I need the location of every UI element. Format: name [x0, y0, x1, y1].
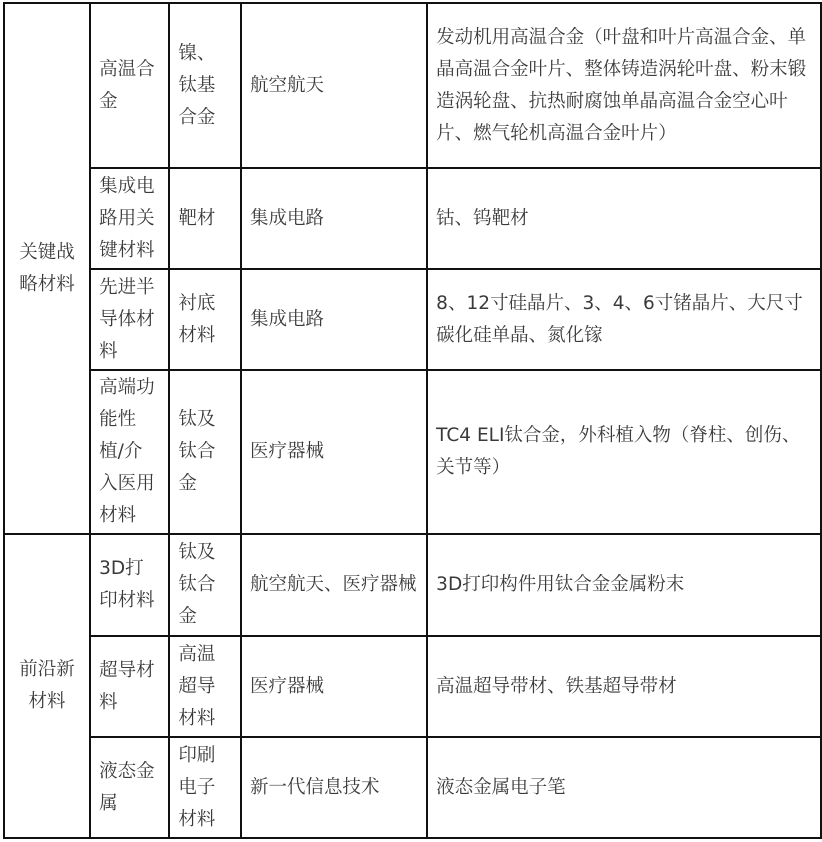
application-cell: 航空航天: [241, 3, 427, 168]
material-cell: 超导材料: [90, 636, 169, 737]
products-cell: 液态金属电子笔: [427, 737, 821, 838]
type-cell: 钛及钛合金: [169, 534, 241, 636]
application-cell: 新一代信息技术: [241, 737, 427, 838]
category-cell: 关键战略材料: [4, 3, 90, 534]
products-cell: TC4 ELI钛合金，外科植入物（脊柱、创伤、关节等）: [427, 370, 821, 534]
type-cell: 镍、钛基合金: [169, 3, 241, 168]
application-cell: 医疗器械: [241, 370, 427, 534]
table-row: 超导材料 高温超导材料 医疗器械 高温超导带材、铁基超导带材: [4, 636, 821, 737]
application-cell: 航空航天、医疗器械: [241, 534, 427, 636]
category-cell: 前沿新材料: [4, 534, 90, 838]
type-cell: 靶材: [169, 168, 241, 269]
table-row: 关键战略材料 高温合金 镍、钛基合金 航空航天 发动机用高温合金（叶盘和叶片高温…: [4, 3, 821, 168]
application-cell: 集成电路: [241, 269, 427, 370]
products-cell: 3D打印构件用钛合金金属粉末: [427, 534, 821, 636]
table-row: 先进半导体材料 衬底材料 集成电路 8、12寸硅晶片、3、4、6寸锗晶片、大尺寸…: [4, 269, 821, 370]
material-cell: 集成电路用关键材料: [90, 168, 169, 269]
material-cell: 高温合金: [90, 3, 169, 168]
products-cell: 钴、钨靶材: [427, 168, 821, 269]
table-row: 高端功能性植/介入医用材料 钛及钛合金 医疗器械 TC4 ELI钛合金，外科植入…: [4, 370, 821, 534]
material-cell: 高端功能性植/介入医用材料: [90, 370, 169, 534]
table-row: 液态金属 印刷电子材料 新一代信息技术 液态金属电子笔: [4, 737, 821, 838]
products-cell: 高温超导带材、铁基超导带材: [427, 636, 821, 737]
table-row: 前沿新材料 3D打印材料 钛及钛合金 航空航天、医疗器械 3D打印构件用钛合金金…: [4, 534, 821, 636]
products-cell: 8、12寸硅晶片、3、4、6寸锗晶片、大尺寸碳化硅单晶、氮化镓: [427, 269, 821, 370]
type-cell: 钛及钛合金: [169, 370, 241, 534]
type-cell: 高温超导材料: [169, 636, 241, 737]
material-cell: 先进半导体材料: [90, 269, 169, 370]
material-cell: 3D打印材料: [90, 534, 169, 636]
material-cell: 液态金属: [90, 737, 169, 838]
table-row: 集成电路用关键材料 靶材 集成电路 钴、钨靶材: [4, 168, 821, 269]
type-cell: 印刷电子材料: [169, 737, 241, 838]
products-cell: 发动机用高温合金（叶盘和叶片高温合金、单晶高温合金叶片、整体铸造涡轮叶盘、粉末锻…: [427, 3, 821, 168]
materials-table: 关键战略材料 高温合金 镍、钛基合金 航空航天 发动机用高温合金（叶盘和叶片高温…: [3, 2, 822, 839]
application-cell: 集成电路: [241, 168, 427, 269]
application-cell: 医疗器械: [241, 636, 427, 737]
type-cell: 衬底材料: [169, 269, 241, 370]
